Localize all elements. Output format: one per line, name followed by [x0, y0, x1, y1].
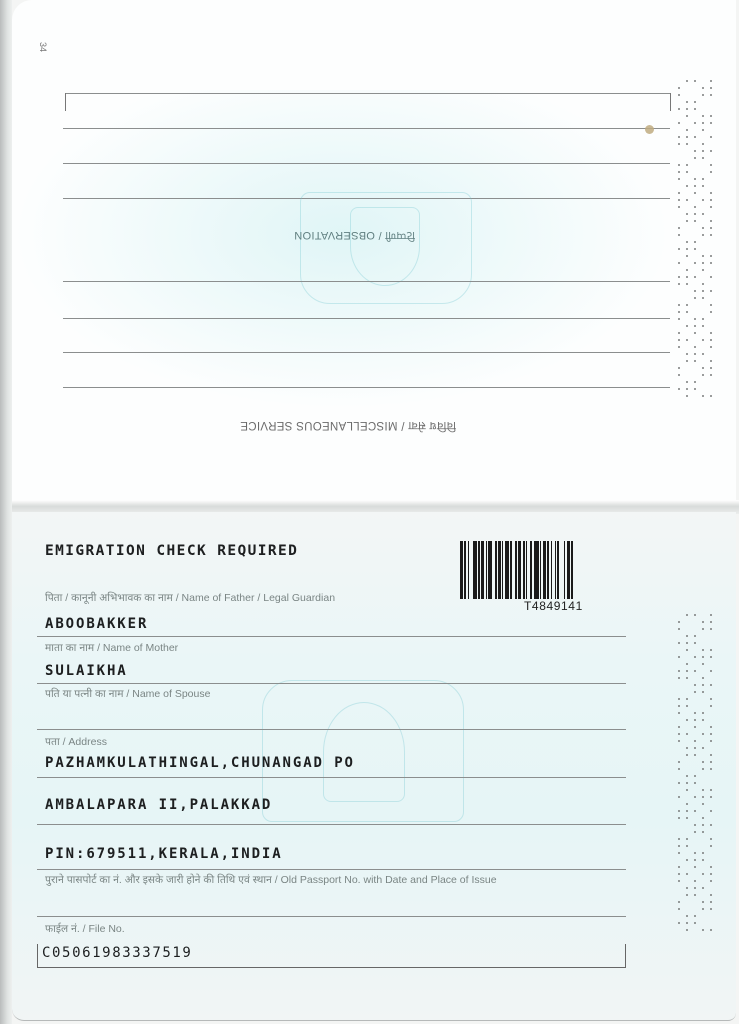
barcode	[460, 541, 665, 599]
observation-rule	[63, 318, 670, 319]
father-name-label: पिता / कानूनी अभिभावक का नाम / Name of F…	[45, 591, 335, 605]
address-line-1: PAZHAMKULATHINGAL,CHUNANGAD PO	[45, 755, 355, 771]
mother-name-label: माता का नाम / Name of Mother	[45, 641, 178, 655]
file-box-bottom-rule	[37, 967, 626, 968]
address-label: पता / Address	[45, 735, 107, 749]
file-number-label: फाईल नं. / File No.	[45, 922, 125, 936]
old-passport-label: पुराने पासपोर्ट का नं. और इसके जारी होने…	[45, 873, 497, 887]
observation-box-right-edge	[670, 93, 671, 111]
barcode-number: T4849141	[524, 599, 583, 613]
spouse-name-label: पति या पत्नी का नाम / Name of Spouse	[45, 687, 210, 701]
father-name-value: ABOOBAKKER	[45, 616, 148, 632]
ashoka-emblem-watermark	[262, 680, 464, 822]
miscellaneous-service-heading: विविध सेवा / MISCELLANEOUS SERVICE	[240, 418, 456, 433]
observation-box-left-edge	[65, 93, 66, 111]
page-number: 34	[38, 42, 48, 52]
observation-rule	[63, 128, 670, 129]
field-rule	[37, 916, 626, 917]
field-rule	[37, 869, 626, 870]
emigration-status: EMIGRATION CHECK REQUIRED	[45, 543, 298, 559]
field-rule	[37, 824, 626, 825]
paper-stain	[645, 125, 654, 134]
perforated-passport-number	[676, 78, 716, 400]
observation-rule	[63, 281, 670, 282]
observation-rule	[63, 352, 670, 353]
observation-rule	[63, 163, 670, 164]
perforated-passport-number	[676, 612, 716, 934]
passport-binding	[0, 0, 12, 1024]
address-line-3: PIN:679511,KERALA,INDIA	[45, 846, 283, 862]
file-box-right-edge	[625, 944, 626, 968]
address-line-2: AMBALAPARA II,PALAKKAD	[45, 797, 272, 813]
file-box-left-edge	[37, 944, 38, 968]
field-rule	[37, 777, 626, 778]
observation-box-top-rule	[65, 93, 671, 94]
observation-rule	[63, 387, 670, 388]
mother-name-value: SULAIKHA	[45, 663, 128, 679]
field-rule	[37, 636, 626, 637]
observation-heading: टिप्पणी / OBSERVATION	[294, 228, 415, 243]
ashoka-emblem-watermark	[300, 192, 472, 304]
field-rule	[37, 683, 626, 684]
file-number-value: C05061983337519	[42, 945, 192, 961]
field-rule	[37, 729, 626, 730]
